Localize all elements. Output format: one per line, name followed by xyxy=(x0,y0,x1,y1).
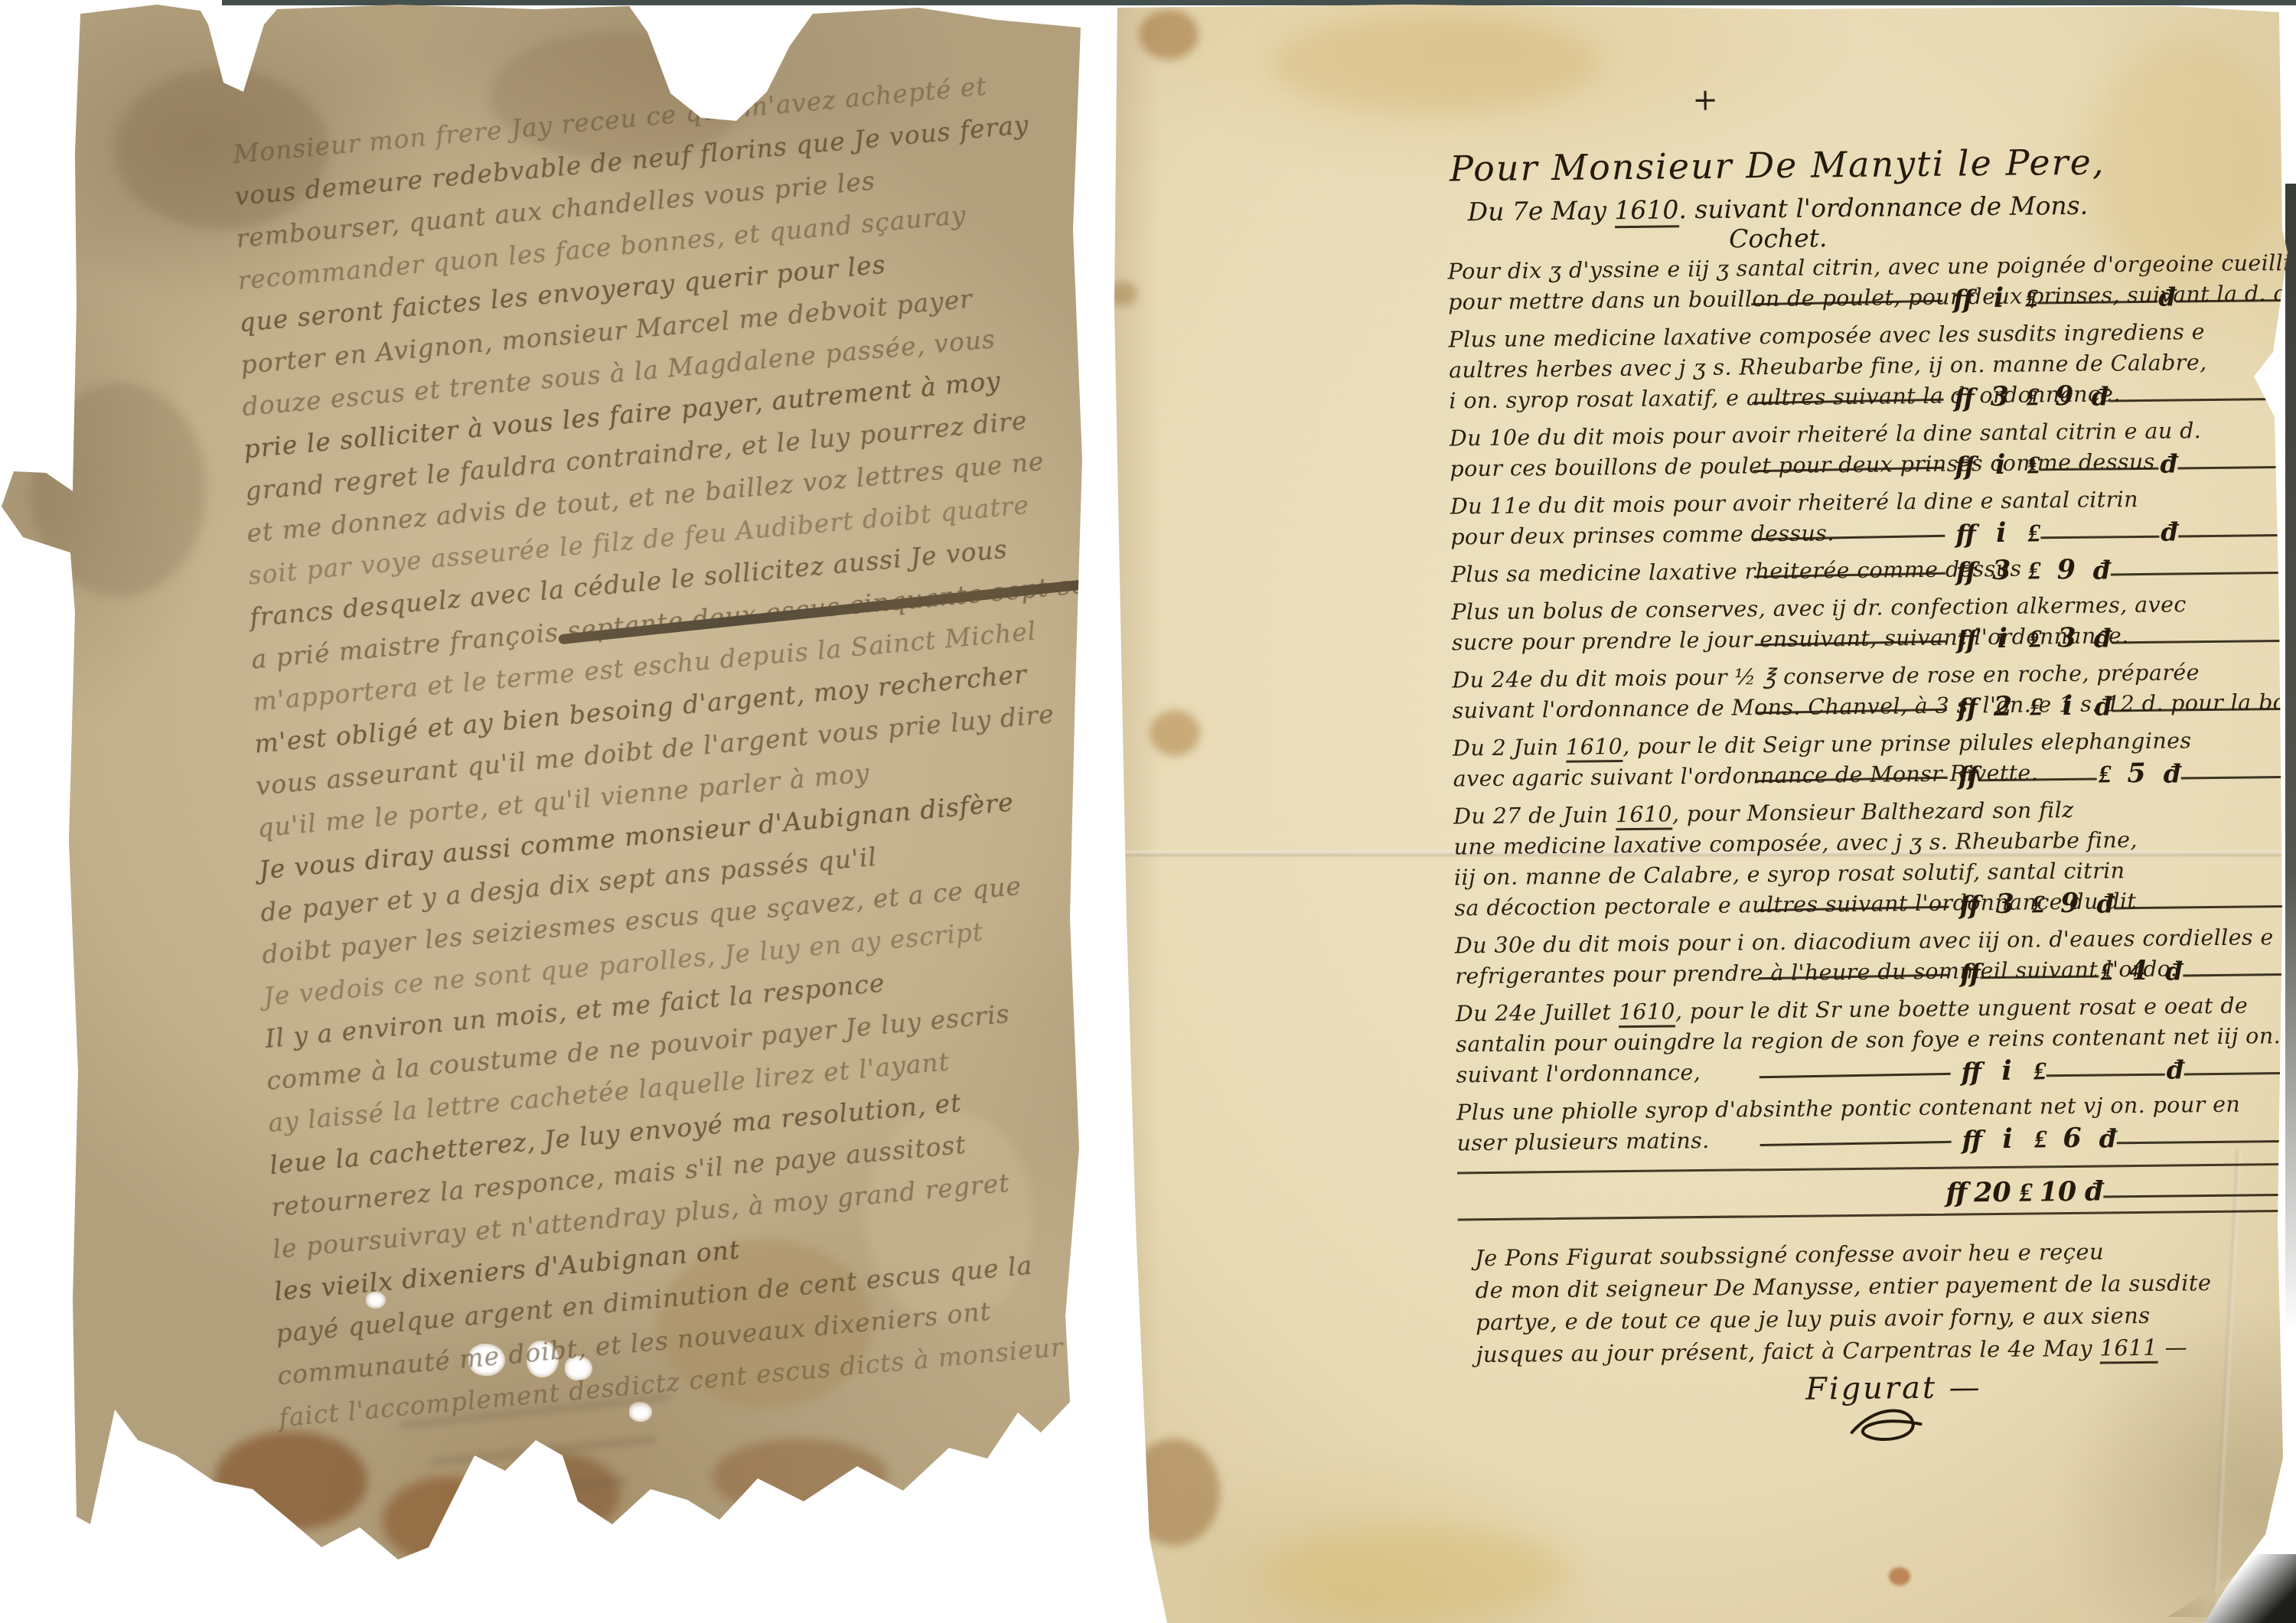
leader-dash xyxy=(2038,301,2157,305)
florins-symbol: ff xyxy=(1955,519,1975,549)
invoice-item: Pour dix ʒ d'yssine e iij ʒ santal citri… xyxy=(1447,248,2296,318)
florins-symbol: ff xyxy=(1954,383,1973,412)
cross-mark: + xyxy=(1692,83,1718,118)
amount-row: ffi₤6đ xyxy=(1962,1120,2296,1155)
florins-symbol: ff xyxy=(1958,761,1977,790)
amount-row: ff2₤iđ xyxy=(1957,688,2296,723)
amount-row: ff3₤9đ xyxy=(1956,552,2296,587)
scanner-edge-top xyxy=(222,0,2296,5)
amount-row: ffi₤3đ xyxy=(1957,620,2296,655)
leader-dash xyxy=(2040,536,2159,539)
deniers-symbol: đ xyxy=(2161,517,2177,547)
deniers-symbol: đ xyxy=(2166,1054,2182,1084)
invoice-item: Du 27 de Juin 1610, pour Monsieur Balthe… xyxy=(1453,793,2296,924)
stain xyxy=(1139,9,1199,60)
sous-value: i xyxy=(2040,690,2094,722)
letter-text-block: Monsieur mon frere Jay receu ce que m'av… xyxy=(158,56,1199,1439)
deniers-symbol: đ xyxy=(2093,555,2109,585)
sous-symbol: ₤ xyxy=(2027,449,2039,480)
stain xyxy=(214,1431,367,1530)
florins-value: i xyxy=(1981,1123,2034,1155)
deniers-symbol: đ xyxy=(2165,956,2181,986)
stain xyxy=(1150,710,1200,756)
scanner-edge-right xyxy=(2285,184,2296,1331)
leader-dash xyxy=(1981,976,2099,979)
invoice-header: Pour Monsieur De Manyti le Pere, Du 7e M… xyxy=(1433,141,2122,256)
amount-row: ffi₤đ xyxy=(1961,1052,2296,1087)
invoice-total: ff20₤10đ xyxy=(1457,1163,2296,1221)
florins-value: i xyxy=(1974,449,2027,481)
florins-value: i xyxy=(1975,623,2029,655)
amount-row: ff3₤9đ xyxy=(1959,885,2296,921)
florins-symbol: ff xyxy=(1962,1125,1981,1155)
deniers-symbol: đ xyxy=(2158,282,2174,312)
florins-value: i xyxy=(1980,1055,2033,1087)
sous-symbol: ₤ xyxy=(2027,381,2038,412)
leader-dash xyxy=(2117,1140,2296,1145)
deniers-symbol: đ xyxy=(2160,449,2176,479)
florins-symbol: ff xyxy=(1960,958,1979,988)
florins-symbol: ff xyxy=(1957,624,1976,654)
amount-row: ffi₤đ xyxy=(1953,279,2296,314)
leader-dash xyxy=(2112,640,2296,644)
stain xyxy=(31,383,207,597)
florins-symbol: ff xyxy=(1953,284,1972,314)
sous-value: 5 xyxy=(2109,758,2163,790)
florins-value: i xyxy=(1975,517,2028,549)
invoice-item: Du 10e du dit mois pour avoir rheiteré l… xyxy=(1450,415,2296,485)
invoice-item: Du 30e du dit mois pour i on. diacodium … xyxy=(1455,922,2296,992)
sous-symbol: ₤ xyxy=(2019,1177,2031,1208)
sous-value: 3 xyxy=(2040,622,2093,654)
deniers-symbol: đ xyxy=(2096,888,2112,918)
leader-dash xyxy=(2176,299,2294,303)
stain xyxy=(1270,14,1600,113)
invoice-page: + Pour Monsieur De Manyti le Pere, Du 7e… xyxy=(1102,0,2296,1623)
amount-row: ff20₤10đ xyxy=(1945,1174,2296,1209)
amount-row: ff₤4đ xyxy=(1960,953,2296,989)
florins-value: 3 xyxy=(1975,555,2028,587)
florins-symbol: ff xyxy=(1961,1057,1980,1087)
sous-value: 9 xyxy=(2037,380,2091,412)
stain xyxy=(1128,1439,1220,1546)
sous-symbol: ₤ xyxy=(2028,517,2040,548)
leader-dash xyxy=(2104,1194,2296,1198)
invoice-item: Plus une medicine laxative composée avec… xyxy=(1448,316,2296,417)
florins-value: 3 xyxy=(1978,888,2032,921)
deniers-symbol: đ xyxy=(2085,1176,2102,1207)
florins-symbol: ff xyxy=(1955,451,1974,481)
manuscript-scan: Monsieur mon frere Jay receu ce que m'av… xyxy=(0,0,2296,1623)
leader-dash xyxy=(2184,1072,2296,1076)
leader-dash xyxy=(2111,572,2296,576)
amount-row: ff₤5đ xyxy=(1958,756,2296,791)
invoice-items: Pour dix ʒ d'yssine e iij ʒ santal citri… xyxy=(1447,248,2296,1166)
invoice-item: Plus sa medicine laxative rheiterée comm… xyxy=(1451,551,2296,591)
florins-symbol: ff xyxy=(1958,693,1977,722)
receipt-paragraph: Je Pons Figurat soubssigné confesse avoi… xyxy=(1475,1234,2212,1462)
leader-dash xyxy=(2181,776,2296,780)
sous-symbol: ₤ xyxy=(2025,282,2037,313)
leader-dash xyxy=(2040,468,2158,471)
fold-crease-vertical xyxy=(2212,1149,2241,1622)
deniers-symbol: đ xyxy=(2099,1123,2115,1153)
stain xyxy=(383,1477,513,1565)
florins-value: 20 xyxy=(1965,1177,2019,1209)
deniers-symbol: đ xyxy=(2093,623,2109,653)
invoice-item: Du 24e du dit mois pour ½ ℥ conserve de … xyxy=(1452,657,2296,727)
sous-symbol: ₤ xyxy=(2033,1055,2045,1086)
signature-paraph xyxy=(1836,1401,1944,1455)
invoice-date-line: Du 7e May 1610. suivant l'ordonnance de … xyxy=(1433,190,2123,256)
leader-dash xyxy=(2108,398,2295,402)
leader-dash xyxy=(2183,973,2296,977)
stain xyxy=(712,1439,888,1515)
leader-dash xyxy=(2177,466,2296,470)
deniers-symbol: đ xyxy=(2163,758,2179,788)
invoice-item: Plus un bolus de conserves, avec ij dr. … xyxy=(1451,588,2296,659)
stain xyxy=(1889,1567,1910,1586)
leader-dash xyxy=(2047,1074,2165,1077)
sous-value: 4 xyxy=(2112,955,2165,987)
florins-value: i xyxy=(1971,282,2025,314)
sous-value: 9 xyxy=(2040,554,2093,586)
invoice-item: Plus une phiolle syrop d'absinthe pontic… xyxy=(1456,1089,2296,1159)
amount-row: ff3₤9đ xyxy=(1954,378,2296,413)
sous-symbol: ₤ xyxy=(2101,956,2112,986)
invoice-item: Du 11e du dit mois pour avoir rheiteré l… xyxy=(1450,483,2296,553)
bleedthrough-trace xyxy=(429,1434,658,1467)
deniers-symbol: đ xyxy=(2091,381,2107,411)
florins-symbol: ff xyxy=(1945,1177,1966,1208)
stain xyxy=(505,1454,620,1534)
receipt-line: jusques au jour présent, faict à Carpent… xyxy=(1476,1331,2210,1370)
sous-symbol: ₤ xyxy=(2099,758,2110,789)
florins-symbol: ff xyxy=(1956,556,1975,586)
sous-value: 6 xyxy=(2045,1123,2099,1155)
letter-page: Monsieur mon frere Jay receu ce que m'av… xyxy=(0,0,1110,1576)
florins-symbol: ff xyxy=(1959,890,1978,920)
sous-symbol: ₤ xyxy=(2028,555,2040,585)
sous-value: 10 xyxy=(2031,1176,2085,1208)
deniers-symbol: đ xyxy=(2094,691,2110,721)
sous-symbol: ₤ xyxy=(2029,623,2040,653)
florins-value: 3 xyxy=(1973,381,2027,413)
sous-symbol: ₤ xyxy=(2034,1123,2046,1154)
leader-dash xyxy=(2112,708,2296,712)
total-row: ff20₤10đ xyxy=(1457,1163,2296,1221)
sous-symbol: ₤ xyxy=(2030,691,2041,722)
invoice-title: Pour Monsieur De Manyti le Pere, xyxy=(1433,141,2122,189)
florins-value: 2 xyxy=(1976,691,2030,723)
invoice-item: Du 24e Juillet 1610, pour le dit Sr une … xyxy=(1456,990,2296,1091)
bleedthrough-trace xyxy=(459,1476,628,1503)
stain xyxy=(1108,282,1137,306)
invoice-item: Du 2 Juin 1610, pour le dit Seigr une pr… xyxy=(1453,725,2296,795)
stain xyxy=(1263,1527,1569,1618)
leader-dash xyxy=(2114,905,2296,910)
sous-symbol: ₤ xyxy=(2032,888,2043,919)
leader-dash xyxy=(1978,778,2097,782)
amount-row: ffi₤đ xyxy=(1955,514,2296,549)
leader-dash xyxy=(2178,534,2296,538)
amount-row: ffi₤đ xyxy=(1955,446,2296,481)
sous-value: 9 xyxy=(2043,888,2096,920)
